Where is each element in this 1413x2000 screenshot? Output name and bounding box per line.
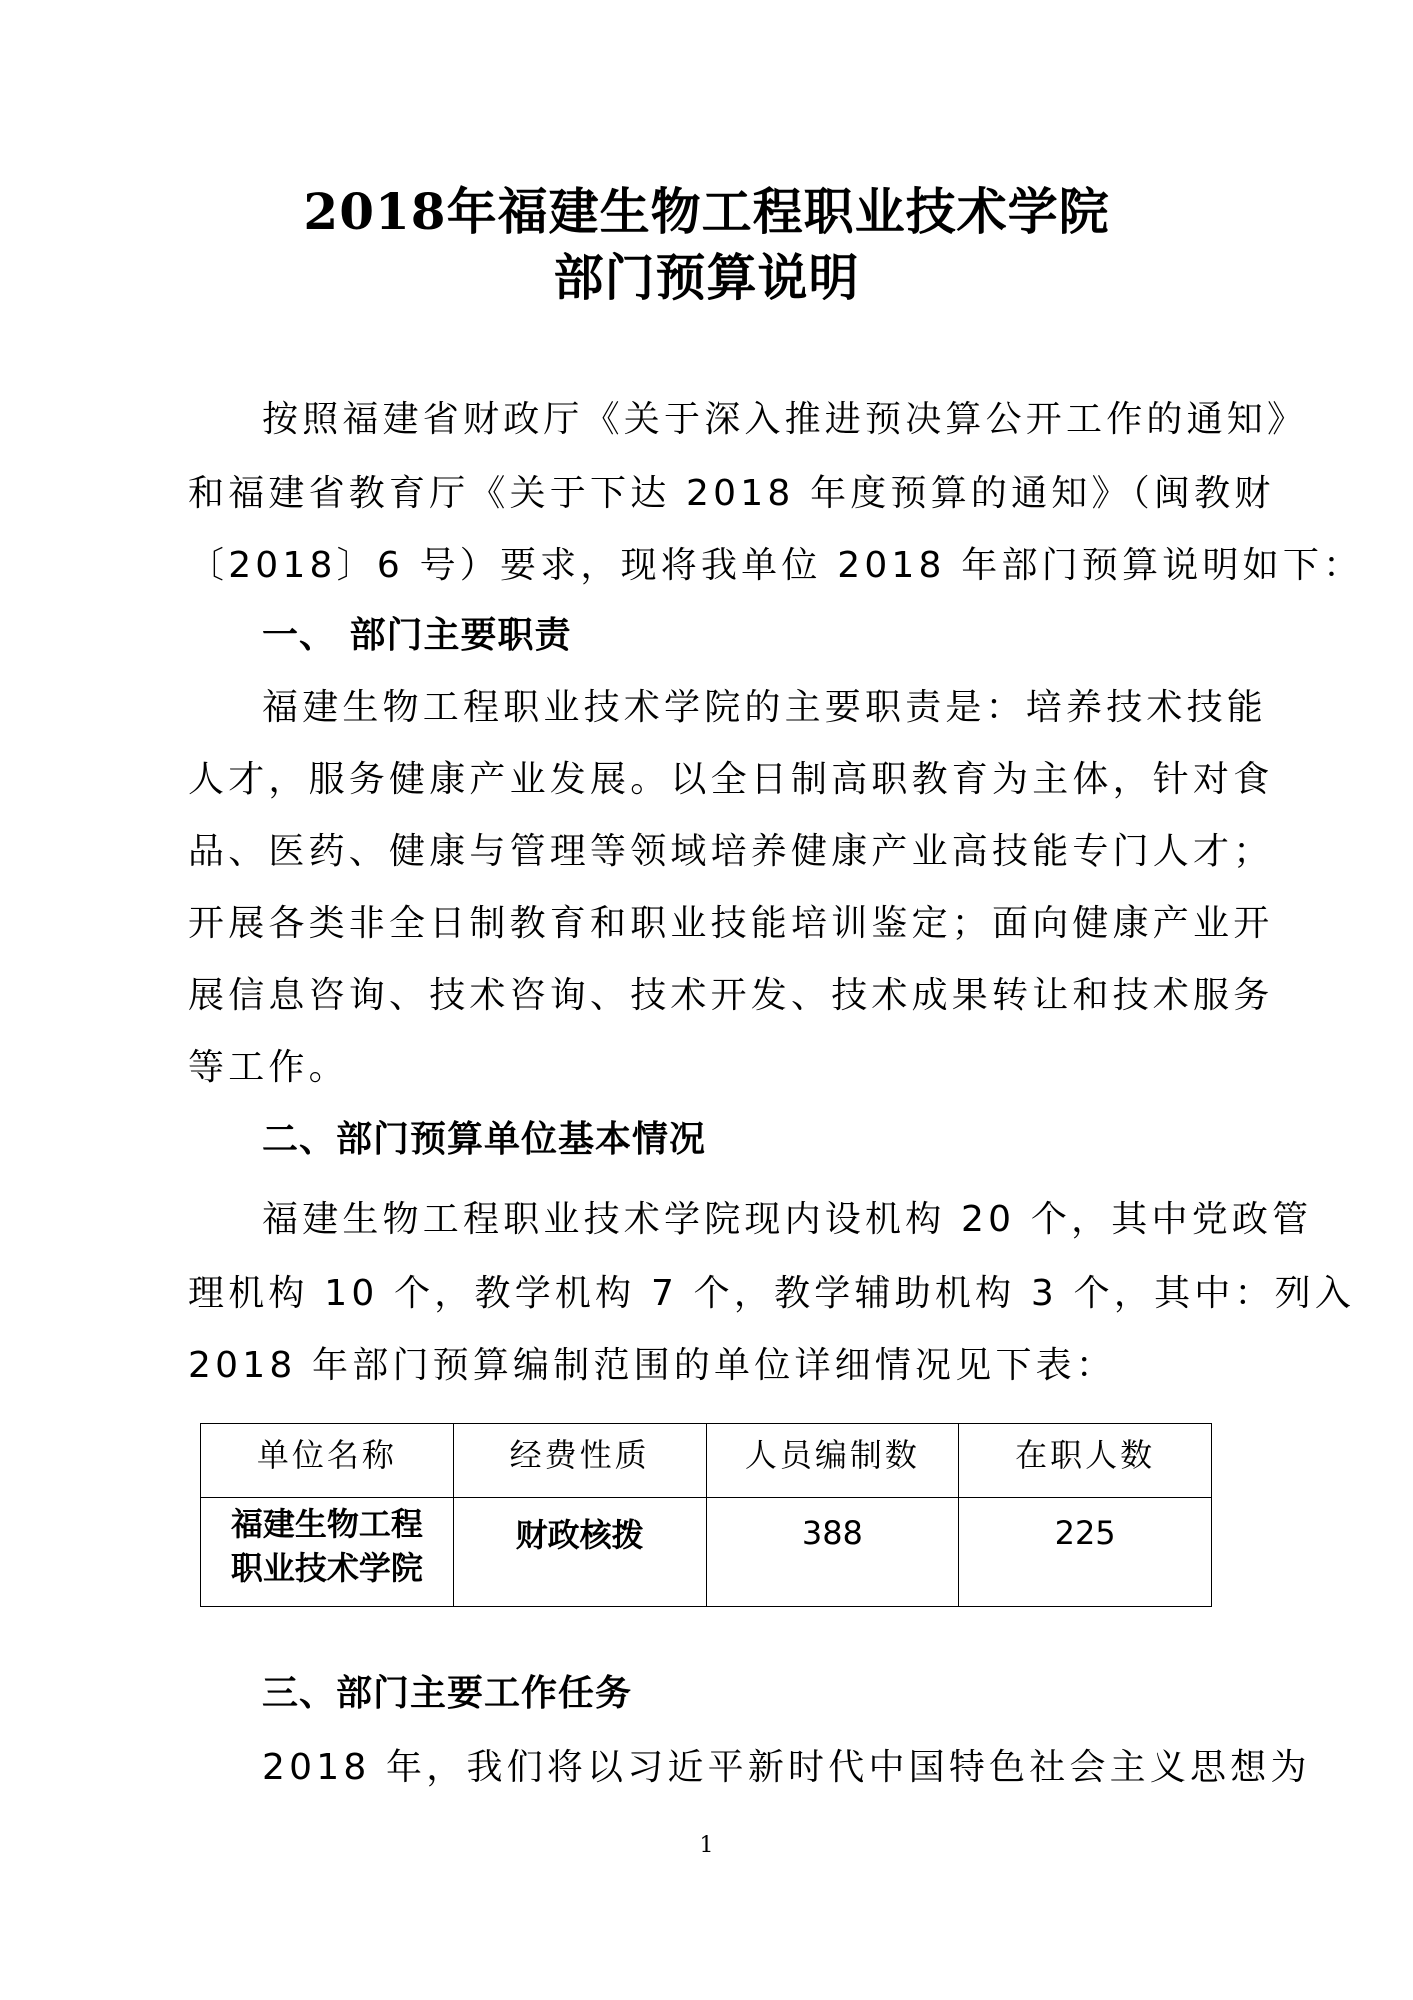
section-heading-1: 一、 部门主要职责 — [262, 614, 572, 658]
section-2-line: 福建生物工程职业技术学院现内设机构 20 个，其中党政管 — [262, 1198, 1228, 1242]
section-1-line: 品、医药、健康与管理等领域培养健康产业高技能专门人才； — [188, 830, 1228, 874]
section-2-line: 2018 年部门预算编制范围的单位详细情况见下表： — [188, 1344, 1228, 1388]
funding-nature-cell: 财政核拨 — [453, 1498, 706, 1607]
table-row: 福建生物工程 职业技术学院 财政核拨 388 225 — [201, 1498, 1212, 1607]
table-header-cell: 经费性质 — [453, 1424, 706, 1498]
section-1-line: 人才，服务健康产业发展。以全日制高职教育为主体，针对食 — [188, 758, 1228, 802]
intro-line: 和福建省教育厅《关于下达 2018 年度预算的通知》（闽教财 — [188, 472, 1228, 516]
section-1-line: 等工作。 — [188, 1046, 1228, 1090]
document-title-line1: 2018年福建生物工程职业技术学院 — [0, 182, 1413, 242]
table-header-cell: 人员编制数 — [706, 1424, 959, 1498]
document-page: 2018年福建生物工程职业技术学院 部门预算说明 按照福建省财政厅《关于深入推进… — [0, 0, 1413, 2000]
table-header-cell: 在职人数 — [959, 1424, 1212, 1498]
section-1-line: 福建生物工程职业技术学院的主要职责是：培养技术技能 — [262, 686, 1228, 730]
staff-actual-cell: 225 — [959, 1498, 1212, 1607]
document-title-line2: 部门预算说明 — [0, 248, 1413, 308]
section-heading-2: 二、部门预算单位基本情况 — [262, 1118, 706, 1162]
page-number: 1 — [0, 1833, 1413, 1858]
unit-name-line1: 福建生物工程 — [201, 1502, 453, 1546]
intro-line: 〔2018〕6 号）要求，现将我单位 2018 年部门预算说明如下： — [188, 544, 1228, 588]
budget-units-table: 单位名称 经费性质 人员编制数 在职人数 福建生物工程 职业技术学院 财政核拨 … — [200, 1423, 1212, 1607]
unit-name-cell: 福建生物工程 职业技术学院 — [201, 1498, 454, 1607]
table-header-row: 单位名称 经费性质 人员编制数 在职人数 — [201, 1424, 1212, 1498]
section-3-line: 2018 年，我们将以习近平新时代中国特色社会主义思想为 — [262, 1746, 1228, 1790]
staff-quota-cell: 388 — [706, 1498, 959, 1607]
section-1-line: 开展各类非全日制教育和职业技能培训鉴定；面向健康产业开 — [188, 902, 1228, 946]
unit-name-line2: 职业技术学院 — [201, 1546, 453, 1590]
table-header-cell: 单位名称 — [201, 1424, 454, 1498]
section-1-line: 展信息咨询、技术咨询、技术开发、技术成果转让和技术服务 — [188, 974, 1228, 1018]
section-heading-3: 三、部门主要工作任务 — [262, 1672, 632, 1716]
section-2-line: 理机构 10 个，教学机构 7 个，教学辅助机构 3 个，其中：列入 — [188, 1272, 1228, 1316]
intro-line: 按照福建省财政厅《关于深入推进预决算公开工作的通知》 — [262, 398, 1228, 442]
